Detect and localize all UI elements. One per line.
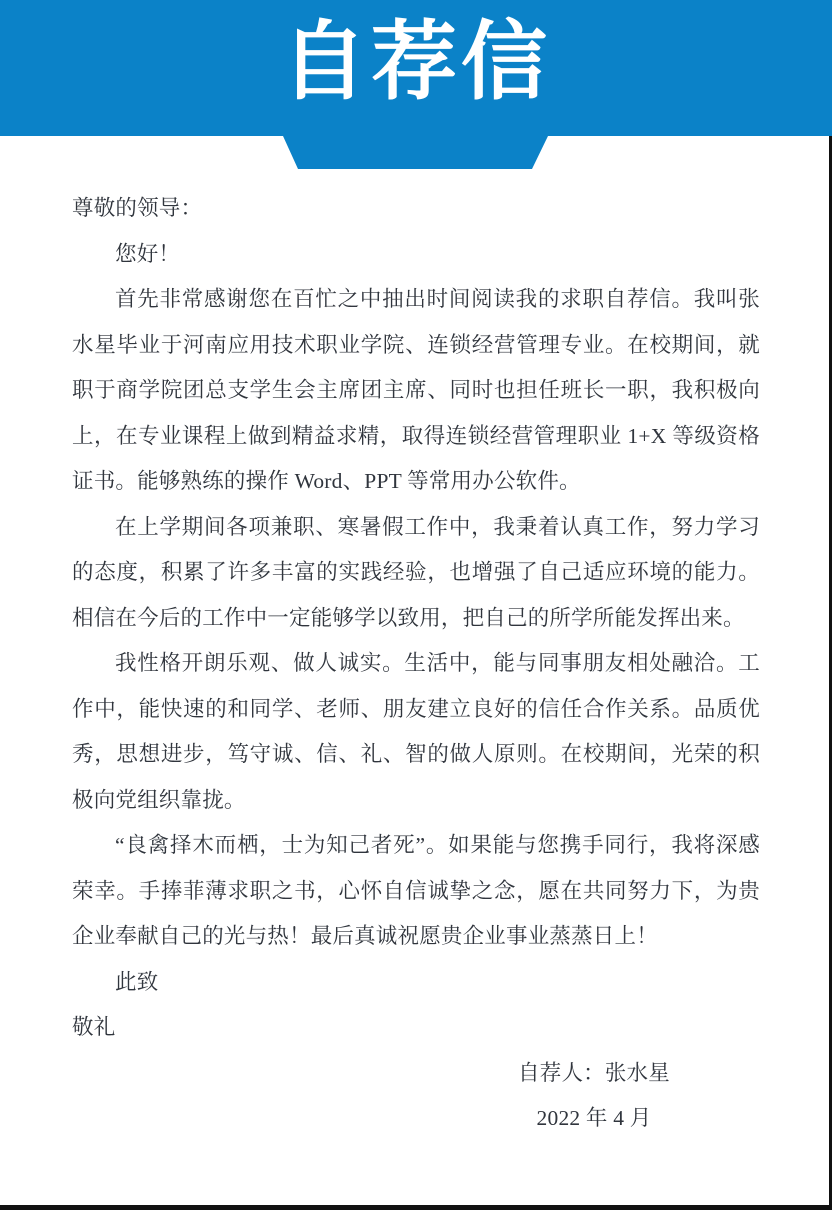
closing-respect: 此致 xyxy=(72,960,760,1006)
paragraph-personality: 我性格开朗乐观、做人诚实。生活中，能与同事朋友相处融洽。工作中，能快速的和同学、… xyxy=(72,641,760,823)
salutation: 尊敬的领导： xyxy=(72,186,760,232)
paragraph-closing-wish: “良禽择木而栖，士为知己者死”。如果能与您携手同行，我将深感荣幸。手捧菲薄求职之… xyxy=(72,823,760,960)
signer-name: 自荐人：张水星 xyxy=(434,1051,754,1097)
closing-salute: 敬礼 xyxy=(72,1005,760,1051)
header-banner: 自荐信 xyxy=(0,0,832,170)
paragraph-intro: 首先非常感谢您在百忙之中抽出时间阅读我的求职自荐信。我叫张水星毕业于河南应用技术… xyxy=(72,277,760,505)
page-title: 自荐信 xyxy=(0,0,832,124)
letter-page: 自荐信 尊敬的领导： 您好！ 首先非常感谢您在百忙之中抽出时间阅读我的求职自荐信… xyxy=(0,0,832,1210)
greeting: 您好！ xyxy=(72,232,760,278)
signature-date: 2022 年 4 月 xyxy=(434,1096,754,1142)
signature-block: 自荐人：张水星 2022 年 4 月 xyxy=(434,1051,754,1142)
paragraph-experience: 在上学期间各项兼职、寒暑假工作中，我秉着认真工作，努力学习的态度，积累了许多丰富… xyxy=(72,505,760,642)
letter-body: 尊敬的领导： 您好！ 首先非常感谢您在百忙之中抽出时间阅读我的求职自荐信。我叫张… xyxy=(0,169,832,1142)
